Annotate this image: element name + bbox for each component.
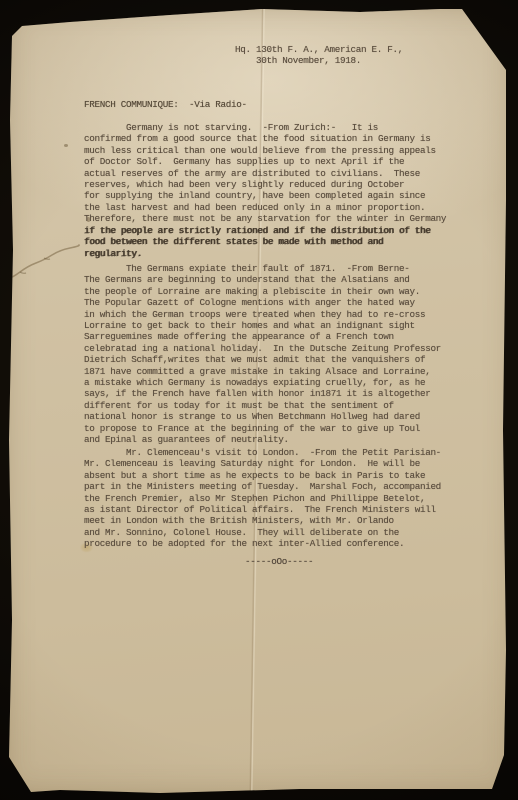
paper-speck — [64, 144, 68, 147]
document-header: Hq. 130th F. A., American E. F., 30th No… — [235, 44, 403, 67]
paragraph-germans-expiate-1871: The Germans expiate their fault of 1871.… — [84, 263, 441, 446]
paragraph-germany-not-starving: Germany is not starving. -From Zurich:- … — [84, 122, 446, 225]
paragraph-germany-not-starving-overstruck: if the people are strictly rationed and … — [84, 225, 430, 259]
paragraph-clemenceau-visit: Mr. Clemenceau's visit to London. -From … — [84, 447, 441, 550]
end-separator: -----oOo----- — [245, 556, 313, 567]
left-edge-crease — [0, 228, 82, 286]
document-title: FRENCH COMMUNIQUE: -Via Radio- — [84, 99, 247, 110]
document-page: Hq. 130th F. A., American E. F., 30th No… — [0, 0, 518, 800]
photo-backdrop: Hq. 130th F. A., American E. F., 30th No… — [0, 0, 518, 800]
